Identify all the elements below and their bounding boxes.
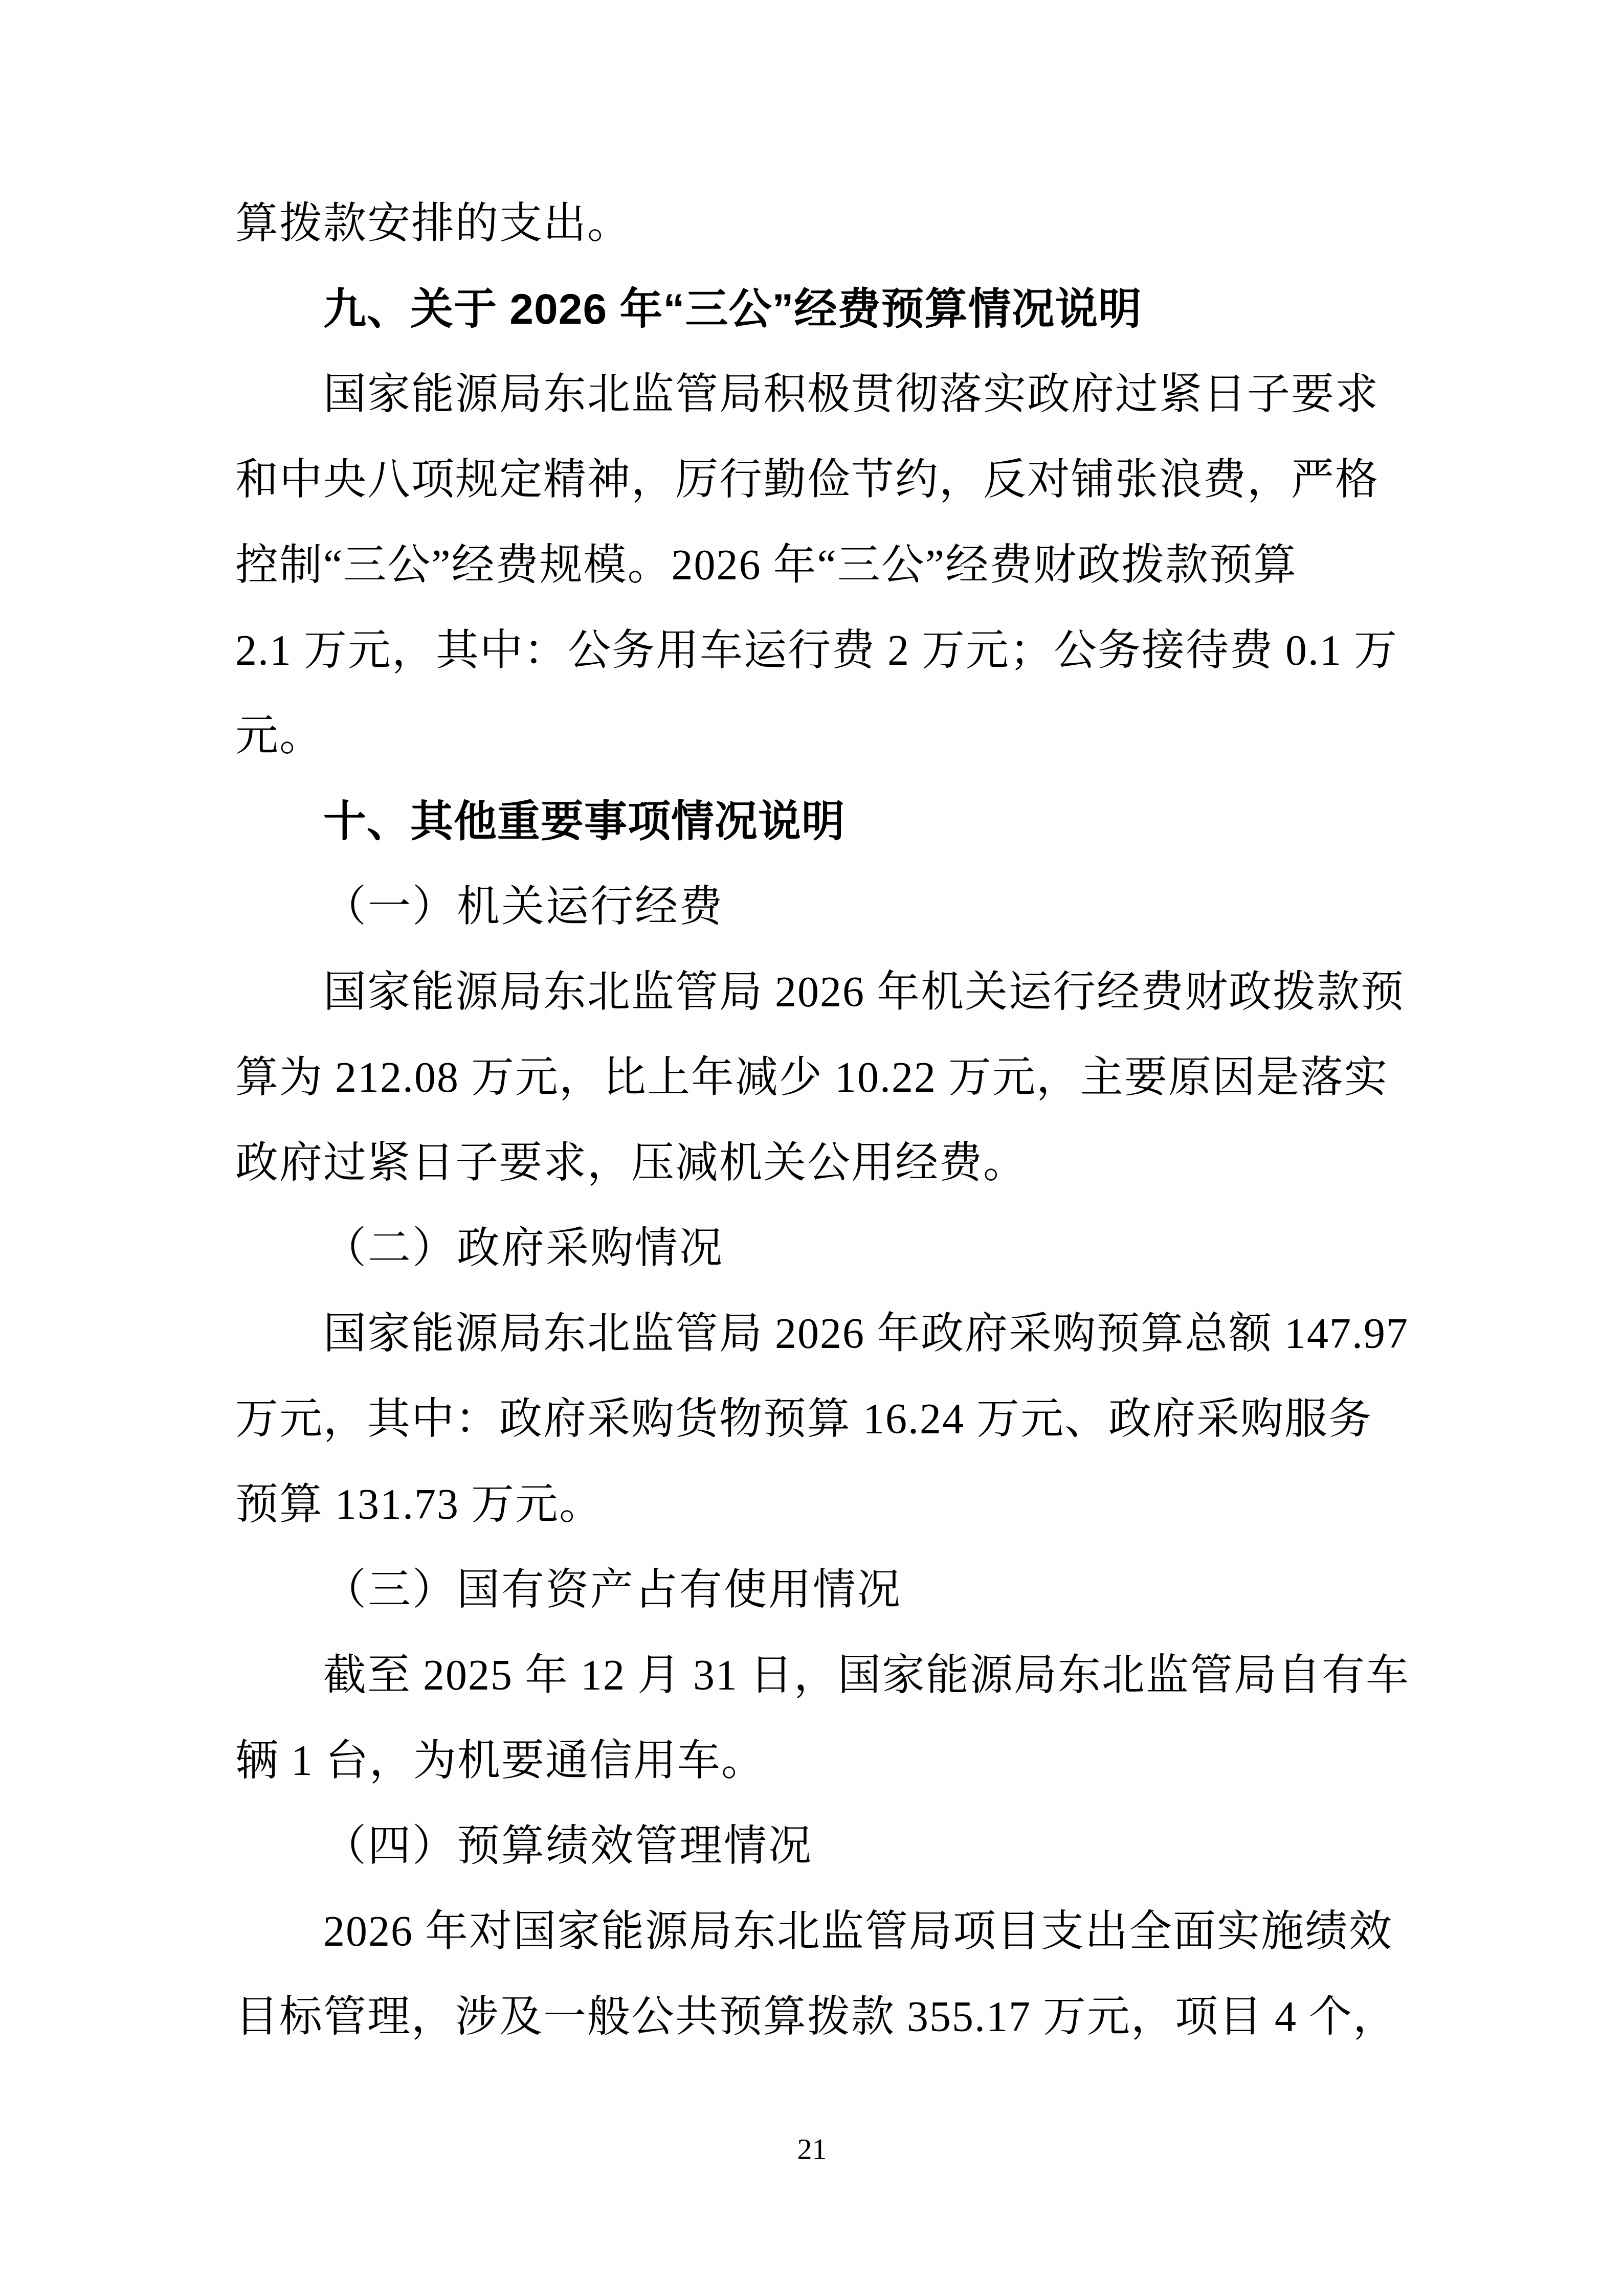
section-nine-heading: 九、关于 2026 年“三公”经费预算情况说明 [235, 266, 1386, 352]
paragraph-line: 万元，其中：政府采购货物预算 16.24 万元、政府采购服务 [235, 1377, 1386, 1462]
paragraph-line: 目标管理，涉及一般公共预算拨款 355.17 万元，项目 4 个， [235, 1974, 1386, 2060]
subsection-one-heading: （一）机关运行经费 [235, 864, 1386, 950]
paragraph-line: 元。 [235, 693, 1386, 779]
paragraph-line: 2.1 万元，其中：公务用车运行费 2 万元；公务接待费 0.1 万 [235, 608, 1386, 693]
subsection-four-heading: （四）预算绩效管理情况 [235, 1804, 1386, 1889]
paragraph-line: 控制“三公”经费规模。2026 年“三公”经费财政拨款预算 [235, 523, 1386, 608]
paragraph-line: 国家能源局东北监管局 2026 年政府采购预算总额 147.97 [235, 1291, 1386, 1377]
section-ten-heading: 十、其他重要事项情况说明 [235, 779, 1386, 864]
body-line-continuation: 算拨款安排的支出。 [235, 181, 1386, 266]
page-number: 21 [0, 2126, 1624, 2172]
paragraph-line: 截至 2025 年 12 月 31 日，国家能源局东北监管局自有车 [235, 1633, 1386, 1718]
paragraph-line: 国家能源局东北监管局 2026 年机关运行经费财政拨款预 [235, 950, 1386, 1035]
paragraph-line: 国家能源局东北监管局积极贯彻落实政府过紧日子要求 [235, 352, 1386, 437]
paragraph-line: 预算 131.73 万元。 [235, 1462, 1386, 1547]
paragraph-line: 算为 212.08 万元，比上年减少 10.22 万元，主要原因是落实 [235, 1035, 1386, 1120]
paragraph-line: 政府过紧日子要求，压减机关公用经费。 [235, 1120, 1386, 1206]
subsection-three-heading: （三）国有资产占有使用情况 [235, 1547, 1386, 1633]
document-page: 算拨款安排的支出。 九、关于 2026 年“三公”经费预算情况说明 国家能源局东… [0, 0, 1624, 2296]
paragraph-line: 辆 1 台，为机要通信用车。 [235, 1718, 1386, 1804]
paragraph-line: 2026 年对国家能源局东北监管局项目支出全面实施绩效 [235, 1889, 1386, 1974]
subsection-two-heading: （二）政府采购情况 [235, 1206, 1386, 1291]
document-body: 算拨款安排的支出。 九、关于 2026 年“三公”经费预算情况说明 国家能源局东… [235, 181, 1386, 2060]
paragraph-line: 和中央八项规定精神，厉行勤俭节约，反对铺张浪费，严格 [235, 437, 1386, 523]
